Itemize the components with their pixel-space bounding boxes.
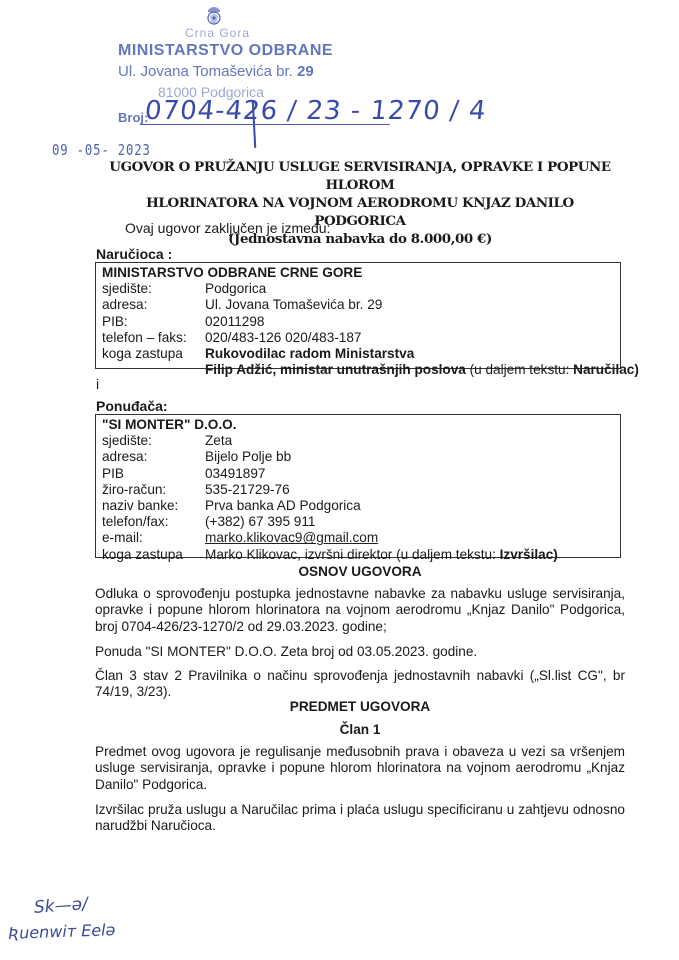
row-value: Zeta [205, 433, 614, 449]
ponudjac-row: naziv banke:Prva banka AD Podgorica [102, 498, 614, 514]
title-line-1: UGOVOR O PRUŽANJU USLUGE SERVISIRANJA, O… [100, 158, 620, 194]
ponudjac-box: "SI MONTER" D.O.O. sjedište:Zeta adresa:… [95, 414, 621, 558]
osnov-paragraph-1: Odluka o sprovođenju postupka jednostavn… [95, 586, 625, 635]
signature-initials: Sk—ə/ [33, 894, 88, 918]
ponudjac-name: "SI MONTER" D.O.O. [102, 417, 614, 433]
article-heading: Član 1 [95, 722, 625, 737]
narucilac-heading: Naručioca : [96, 246, 172, 262]
predmet-paragraph-1: Predmet ovog ugovora je regulisanje među… [95, 744, 625, 793]
narucilac-row: telefon – faks:020/483-126 020/483-187 [102, 330, 614, 346]
row-value: 535-21729-76 [205, 482, 614, 498]
ponudjac-row: koga zastupaMarko Klikovac, izvršni dire… [102, 547, 614, 563]
ponudjac-row: e-mail:marko.klikovac9@gmail.com [102, 530, 614, 546]
ponudjac-row: telefon/fax:(+382) 67 395 911 [102, 514, 614, 530]
narucilac-box: MINISTARSTVO ODBRANE CRNE GORE sjedište:… [95, 262, 621, 369]
row-key: telefon – faks: [102, 330, 205, 346]
row-value: 03491897 [205, 466, 614, 482]
row-key: sjedište: [102, 281, 205, 297]
row-key: žiro-račun: [102, 482, 205, 498]
row-key: PIB: [102, 314, 205, 330]
stamp-street: Ul. Jovana Tomaševića br. 29 [118, 63, 314, 80]
predmet-paragraph-2: Izvršilac pruža uslugu a Naručilac prima… [95, 802, 625, 835]
row-value: Podgorica [205, 281, 614, 297]
stamp-ministry: MINISTARSTVO ODBRANE [118, 42, 333, 60]
narucilac-row: sjedište:Podgorica [102, 281, 614, 297]
stamp-street-name: Ul. Jovana Tomaševića br. [118, 63, 293, 80]
coat-of-arms-icon [204, 4, 224, 28]
row-value: Marko Klikovac, izvršni direktor (u dalj… [205, 547, 500, 562]
row-key: koga zastupa [102, 346, 205, 362]
narucilac-row: adresa:Ul. Jovana Tomaševića br. 29 [102, 297, 614, 313]
osnov-paragraph-2: Ponuda "SI MONTER" D.O.O. Zeta broj od 0… [95, 644, 625, 660]
ponudjac-row: sjedište:Zeta [102, 433, 614, 449]
broj-underline [140, 124, 390, 125]
osnov-paragraph-3: Član 3 stav 2 Pravilnika o načinu sprovo… [95, 668, 625, 701]
ponudjac-row: PIB03491897 [102, 466, 614, 482]
row-key: koga zastupa [102, 547, 205, 563]
date-stamp: 09 -05- 2023 [52, 141, 151, 159]
intro-text: Ovaj ugovor zaključen je između: [125, 220, 330, 236]
row-value: Prva banka AD Podgorica [205, 498, 614, 514]
row-key: e-mail: [102, 530, 205, 546]
row-value: (+382) 67 395 911 [205, 514, 614, 530]
row-key: naziv banke: [102, 498, 205, 514]
representative-name: Filip Adžić, ministar unutrašnjih poslov… [205, 362, 466, 377]
ponudjac-heading: Ponuđača: [96, 398, 168, 414]
row-key: sjedište: [102, 433, 205, 449]
osnov-heading: OSNOV UGOVORA [95, 564, 625, 579]
row-key: telefon/fax: [102, 514, 205, 530]
stamp-street-number: 29 [297, 63, 314, 80]
narucilac-representative-row: Filip Adžić, ministar unutrašnjih poslov… [102, 362, 614, 378]
narucilac-row: PIB:02011298 [102, 314, 614, 330]
row-value: Ul. Jovana Tomaševića br. 29 [205, 297, 614, 313]
email-link[interactable]: marko.klikovac9@gmail.com [205, 530, 378, 545]
ref-prefix: (u daljem tekstu: [470, 362, 574, 377]
row-value: Bijelo Polje bb [205, 449, 614, 465]
ref-term: Naručilac) [573, 362, 639, 377]
signature-name: Ʀuenwiᴛ Eelə [8, 920, 116, 943]
conjunction: i [96, 376, 99, 392]
row-value: 020/483-126 020/483-187 [205, 330, 614, 346]
row-key-empty [102, 362, 205, 378]
handwritten-reference-number: 0704-426 / 23 - 1270 / 4 [143, 96, 488, 126]
ponudjac-row: adresa:Bijelo Polje bb [102, 449, 614, 465]
stamp-country: Crna Gora [185, 26, 250, 40]
ponudjac-row: žiro-račun:535-21729-76 [102, 482, 614, 498]
row-value: 02011298 [205, 314, 614, 330]
predmet-heading: PREDMET UGOVORA [95, 699, 625, 714]
row-key: PIB [102, 466, 205, 482]
narucilac-name: MINISTARSTVO ODBRANE CRNE GORE [102, 265, 614, 281]
ref-term: Izvršilac) [500, 547, 558, 562]
row-key: adresa: [102, 297, 205, 313]
row-key: adresa: [102, 449, 205, 465]
row-value: Rukovodilac radom Ministarstva [205, 346, 614, 362]
narucilac-row: koga zastupaRukovodilac radom Ministarst… [102, 346, 614, 362]
